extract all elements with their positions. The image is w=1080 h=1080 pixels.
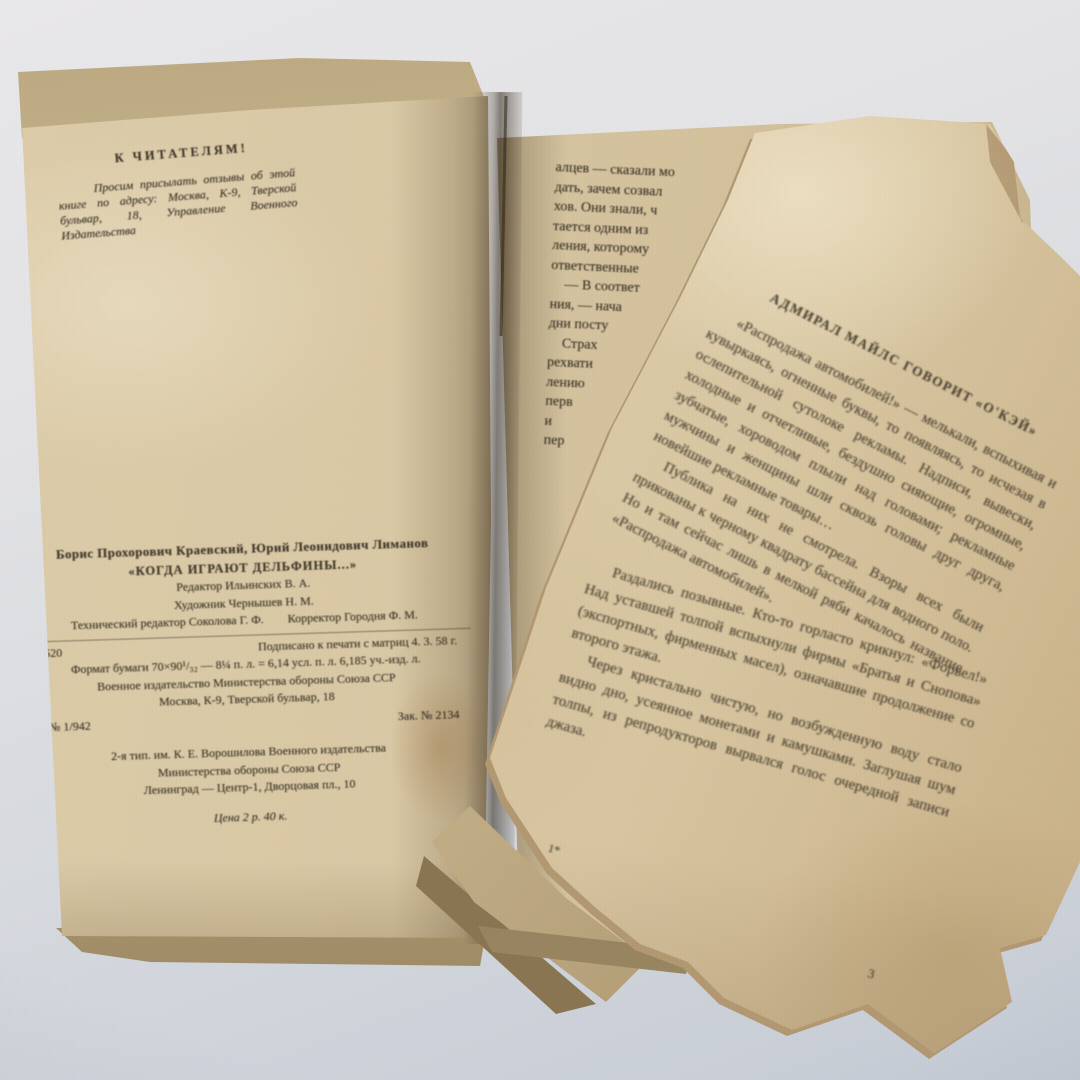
print-code: Г-44520	[21, 645, 62, 662]
colophon: Борис Прохорович Краевский, Юрий Леонидо…	[16, 534, 477, 832]
reader-notice-header: К ЧИТАТЕЛЯМ!	[55, 136, 307, 171]
printer-block: 2-я тип. им. К. Е. Ворошилова Военного и…	[22, 738, 475, 803]
edition-number: Изд. № 1/942	[23, 718, 91, 736]
reader-notice-block: К ЧИТАТЕЛЯМ! Просим присылать отзывы об …	[55, 136, 313, 244]
reader-notice-text: Просим присылать отзывы об этой книге по…	[57, 165, 299, 243]
table-surface: К ЧИТАТЕЛЯМ! Просим присылать отзывы об …	[0, 0, 1080, 1080]
order-number: Зак. № 2134	[398, 707, 460, 724]
